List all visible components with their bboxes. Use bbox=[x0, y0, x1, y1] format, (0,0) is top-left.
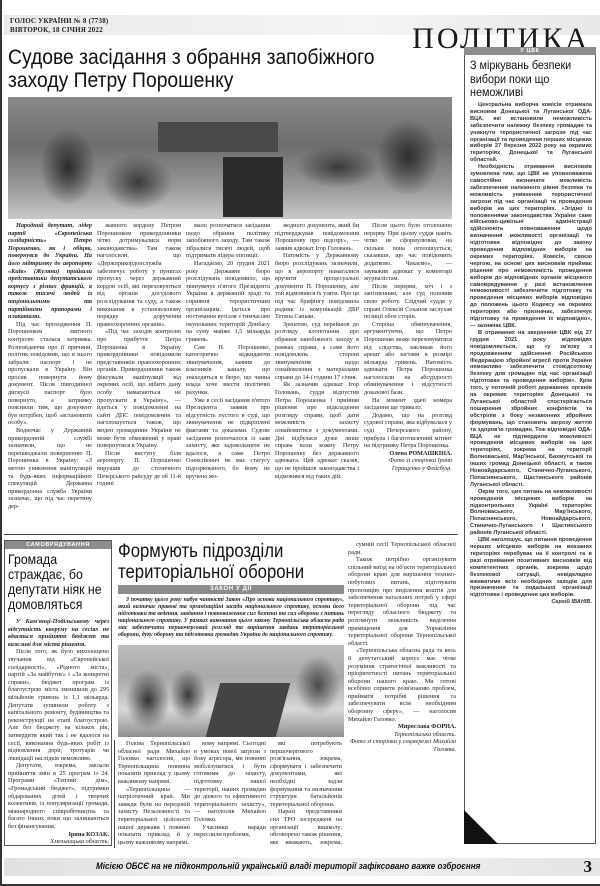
author-signature: Мирослава ФОРНА. bbox=[348, 723, 456, 731]
defense-headline: Формують підрозділи територіальної оборо… bbox=[118, 541, 320, 583]
paragraph: Тернопільська область. bbox=[348, 731, 456, 739]
defense-intro: З початку цього року набув чинності Зако… bbox=[118, 597, 344, 639]
author-signature: Ірина КОЗАК. bbox=[8, 831, 109, 839]
paragraph: Фото зі сторінки Ірини Геращенко у Фейсб… bbox=[364, 457, 452, 472]
paragraph: На момент здачі номера засідання ще трив… bbox=[364, 397, 452, 412]
paragraph: Після виступу біля аеропорту П. Порошенк… bbox=[97, 450, 181, 488]
paragraph: Голова Тернопільської обласної ради Миха… bbox=[118, 740, 190, 786]
author-signature: Олена РОМАШКІНА. bbox=[364, 450, 452, 458]
lead-paragraph: У Кам'янці-Подільському через відсутніст… bbox=[8, 618, 109, 648]
footer-bar: Місією ОБСЄ на не підконтрольній українс… bbox=[4, 858, 600, 876]
paragraph: Під час проходження П. Порошенком митног… bbox=[8, 321, 92, 427]
paragraph: Сам П. Порошенко, категорично відкидаючи… bbox=[186, 344, 270, 397]
lead-column-5: Після цього було оголошено перерву. При … bbox=[364, 222, 452, 530]
paragraph: Натомість у Державному бюро розслідувань… bbox=[275, 252, 359, 320]
paragraph: «Під час заходів контролю про прибуття П… bbox=[97, 328, 181, 450]
community-headline: Громада страждає, бо депутати ніяк не до… bbox=[8, 552, 105, 612]
community-tag: САМОВРЯДУВАННЯ bbox=[5, 541, 111, 549]
cec-headline: З міркувань безпеки вибори поки що немож… bbox=[470, 59, 582, 100]
footer-ticker: Місією ОБСЄ на не підконтрольній українс… bbox=[96, 861, 480, 872]
paragraph: Зрештою, суд перейшов до розгляду клопот… bbox=[275, 321, 359, 382]
page-number: 3 bbox=[584, 857, 593, 877]
paragraph: Необхідність отримання висновків зумовле… bbox=[470, 164, 592, 330]
community-body: У Кам'янці-Подільському через відсутніст… bbox=[8, 618, 109, 844]
column-rule bbox=[114, 740, 115, 848]
paragraph: Після перерви, хоч і з запізненням, але … bbox=[364, 283, 452, 321]
lead-column-4: жодного документа, який би підтверджував… bbox=[275, 222, 359, 530]
paragraph: Учасники наради окреслили проблеми, bbox=[194, 824, 266, 839]
paragraph: Окрім того, цих питань на неможливості п… bbox=[470, 489, 592, 537]
issue-number: ГОЛОС УКРАЇНИ № 8 (7738) bbox=[10, 17, 108, 25]
paragraph: Водночас у Державній прикордонній службі… bbox=[8, 427, 92, 511]
paragraph: які потребують першочергового розв'язанн… bbox=[270, 740, 342, 808]
paragraph: Після того, як було вихолощено звучання … bbox=[8, 648, 109, 762]
cec-tag: У ЦВК bbox=[464, 47, 596, 55]
paragraph: Додамо, що на розгляд судової справи, як… bbox=[364, 412, 452, 450]
paragraph: Нагадаємо, 20 грудня 2021 року Державне … bbox=[186, 260, 270, 344]
masthead: ГОЛОС УКРАЇНИ № 8 (7738) ВІВТОРОК, 18 СІ… bbox=[4, 15, 600, 35]
lead-column-2: жавного кордону Петром Порошенком прикор… bbox=[97, 222, 181, 530]
defense-column-2: вому напрямі. Сьогодні в умовах нової за… bbox=[194, 740, 266, 846]
paragraph: ЦВК наголошує, що питання проведення пер… bbox=[470, 537, 592, 599]
divider bbox=[4, 534, 458, 535]
lead-column-3: мало розпочатися засідання щодо обрання … bbox=[186, 222, 270, 530]
paragraph: вому напрямі. Сьогодні в умовах нової за… bbox=[194, 740, 266, 824]
court-hearing-photo bbox=[8, 97, 452, 219]
paragraph: жавного кордону Петром Порошенком прикор… bbox=[97, 222, 181, 328]
paragraph: Уже в сесії засідання п'ятого Президента… bbox=[186, 397, 270, 481]
paragraph: Сторона обвинувачення, аргументуючи, що … bbox=[364, 321, 452, 397]
paragraph: мало розпочатися засідання щодо обрання … bbox=[186, 222, 270, 260]
community-box: САМОВРЯДУВАННЯ Громада страждає, бо депу… bbox=[4, 540, 112, 846]
region-label: Хмельницька область. bbox=[8, 838, 109, 844]
paragraph: Також потрібно організувати спільний виї… bbox=[348, 556, 456, 647]
page-curl-decoration bbox=[464, 810, 498, 844]
issue-date: ВІВТОРОК, 18 СІЧНЯ 2022 bbox=[10, 26, 103, 34]
defense-tag: ЗАКОН У ДІЇ bbox=[118, 585, 344, 594]
defense-column-4: сумній сесії Тернопільської обласної рад… bbox=[348, 541, 456, 846]
meeting-photo bbox=[118, 645, 344, 737]
paragraph: В отриманих на звернення ЦВК від 27 груд… bbox=[470, 330, 592, 489]
lead-headline: Судове засідання з обрання запобіжного з… bbox=[8, 46, 413, 92]
author-signature: Сергій ІВАНІВ. bbox=[470, 599, 592, 606]
paragraph: Депутати, зокрема, заклали прийняття змі… bbox=[8, 762, 109, 830]
paragraph: Центральна виборча комісія отримала висн… bbox=[470, 102, 592, 164]
paragraph: Після цього було оголошено перерву. При … bbox=[364, 222, 452, 283]
newspaper-page: ГОЛОС УКРАЇНИ № 8 (7738) ВІВТОРОК, 18 СІ… bbox=[0, 0, 600, 886]
defense-column-1: Голова Тернопільської обласної ради Миха… bbox=[118, 740, 190, 846]
lead-column-1: Народний депутат, лідер партії «Європейс… bbox=[8, 222, 92, 530]
paragraph: жодного документа, який би підтверджував… bbox=[275, 222, 359, 252]
paragraph: Фото зі сторінки у соцмережі Михайла Гол… bbox=[348, 738, 456, 753]
cec-body: Центральна виборча комісія отримала висн… bbox=[470, 102, 592, 840]
paragraph: Наразі представники сил ТРО зосереджені … bbox=[270, 808, 342, 846]
lead-paragraph: Народний депутат, лідер партії «Європейс… bbox=[8, 222, 92, 321]
defense-column-3: які потребують першочергового розв'язанн… bbox=[270, 740, 342, 846]
paragraph: Як зазначив адвокат Ігор Головань, суддя… bbox=[275, 381, 359, 480]
paragraph: сумній сесії Тернопільської обласної рад… bbox=[348, 541, 456, 556]
paragraph: «Тернопільська обласна рада та весь її д… bbox=[348, 647, 456, 723]
paragraph: «Тернопільщина — патріотичний край. Ми з… bbox=[118, 786, 190, 846]
cec-sidebar: У ЦВК З міркувань безпеки вибори поки що… bbox=[464, 47, 596, 844]
